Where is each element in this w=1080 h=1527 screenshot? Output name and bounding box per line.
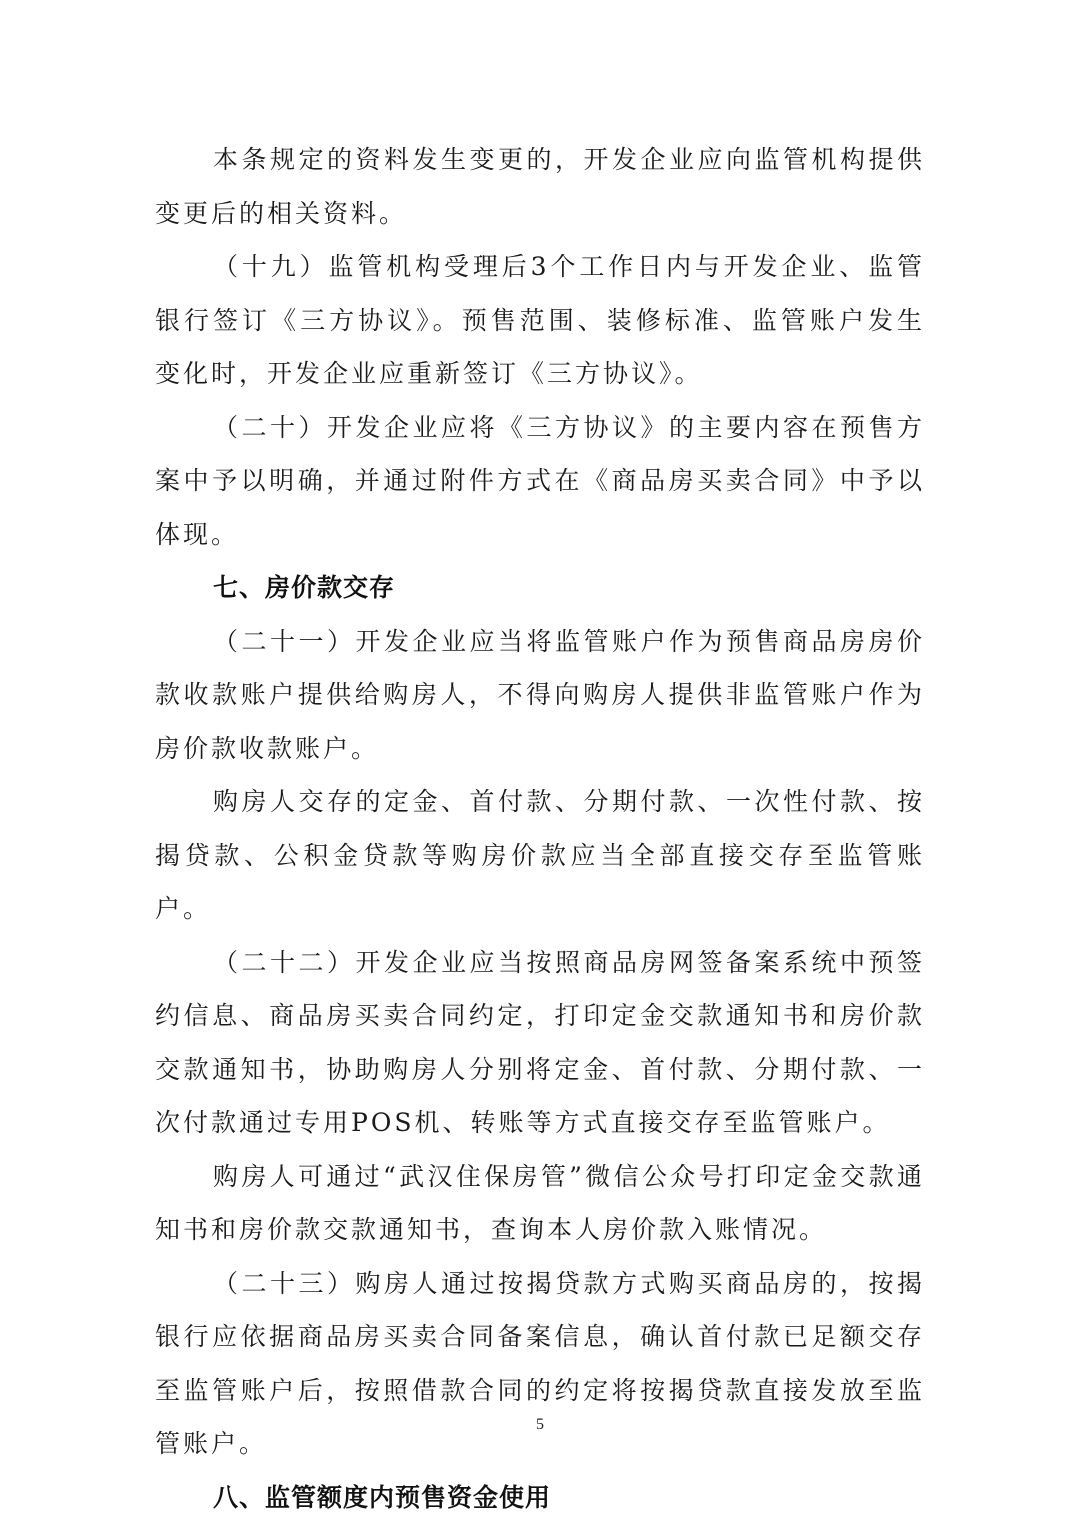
paragraph-material-change: 本条规定的资料发生变更的，开发企业应向监管机构提供变更后的相关资料。 (155, 133, 925, 240)
paragraph-clause-20: （二十）开发企业应将《三方协议》的主要内容在预售方案中予以明确，并通过附件方式在… (155, 401, 925, 562)
document-body: 本条规定的资料发生变更的，开发企业应向监管机构提供变更后的相关资料。 （十九）监… (155, 133, 925, 1524)
paragraph-payment-deposit: 购房人交存的定金、首付款、分期付款、一次性付款、按揭贷款、公积金贷款等购房价款应… (155, 775, 925, 936)
paragraph-clause-21: （二十一）开发企业应当将监管账户作为预售商品房房价款收款账户提供给购房人，不得向… (155, 615, 925, 776)
section-heading-7: 七、房价款交存 (155, 561, 925, 615)
paragraph-wechat-notice: 购房人可通过“武汉住保房管”微信公众号打印定金交款通知书和房价款交款通知书，查询… (155, 1150, 925, 1257)
page-number: 5 (0, 1416, 1080, 1434)
section-heading-8: 八、监管额度内预售资金使用 (155, 1471, 925, 1525)
paragraph-clause-19: （十九）监管机构受理后3个工作日内与开发企业、监管银行签订《三方协议》。预售范围… (155, 240, 925, 401)
document-page: 本条规定的资料发生变更的，开发企业应向监管机构提供变更后的相关资料。 （十九）监… (0, 0, 1080, 1527)
paragraph-clause-22: （二十二）开发企业应当按照商品房网签备案系统中预签约信息、商品房买卖合同约定，打… (155, 936, 925, 1150)
paragraph-clause-23: （二十三）购房人通过按揭贷款方式购买商品房的，按揭银行应依据商品房买卖合同备案信… (155, 1257, 925, 1471)
